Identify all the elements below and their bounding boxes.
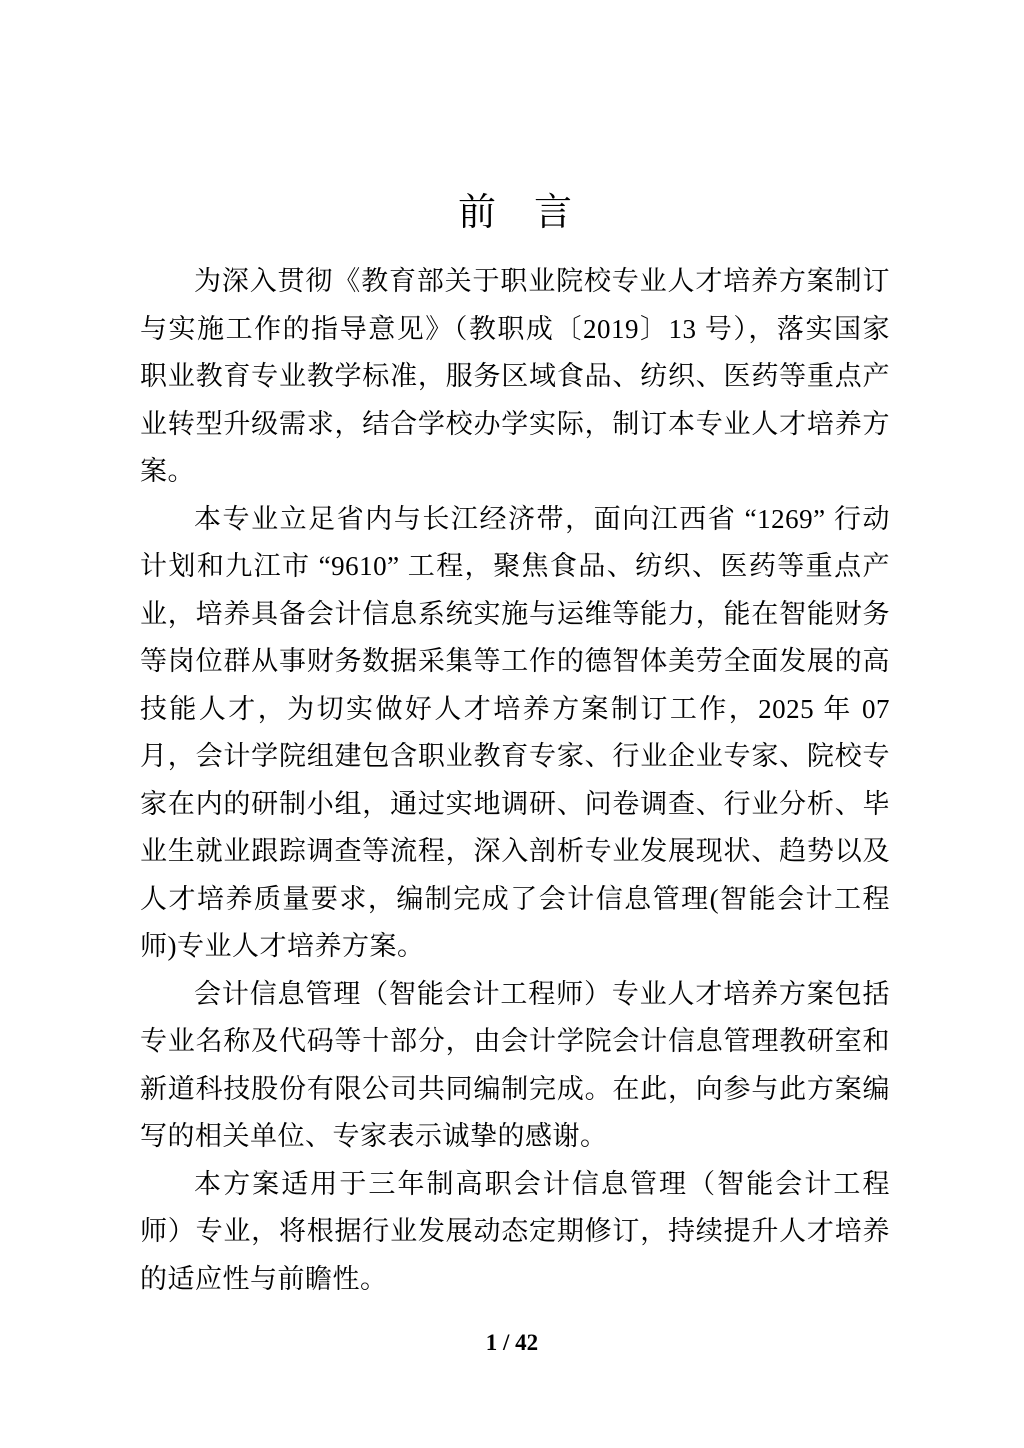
page-number: 1 / 42 <box>0 1330 1024 1356</box>
document-title: 前 言 <box>140 188 890 238</box>
paragraph-1: 为深入贯彻《教育部关于职业院校专业人才培养方案制订与实施工作的指导意见》（教职成… <box>140 258 890 496</box>
document-body: 前 言 为深入贯彻《教育部关于职业院校专业人才培养方案制订与实施工作的指导意见》… <box>140 188 890 1303</box>
paragraph-4: 本方案适用于三年制高职会计信息管理（智能会计工程师）专业，将根据行业发展动态定期… <box>140 1161 890 1304</box>
paragraph-3: 会计信息管理（智能会计工程师）专业人才培养方案包括专业名称及代码等十部分，由会计… <box>140 971 890 1161</box>
document-page: 前 言 为深入贯彻《教育部关于职业院校专业人才培养方案制订与实施工作的指导意见》… <box>0 0 1024 1448</box>
paragraph-2: 本专业立足省内与长江经济带，面向江西省 “1269” 行动计划和九江市 “961… <box>140 496 890 971</box>
